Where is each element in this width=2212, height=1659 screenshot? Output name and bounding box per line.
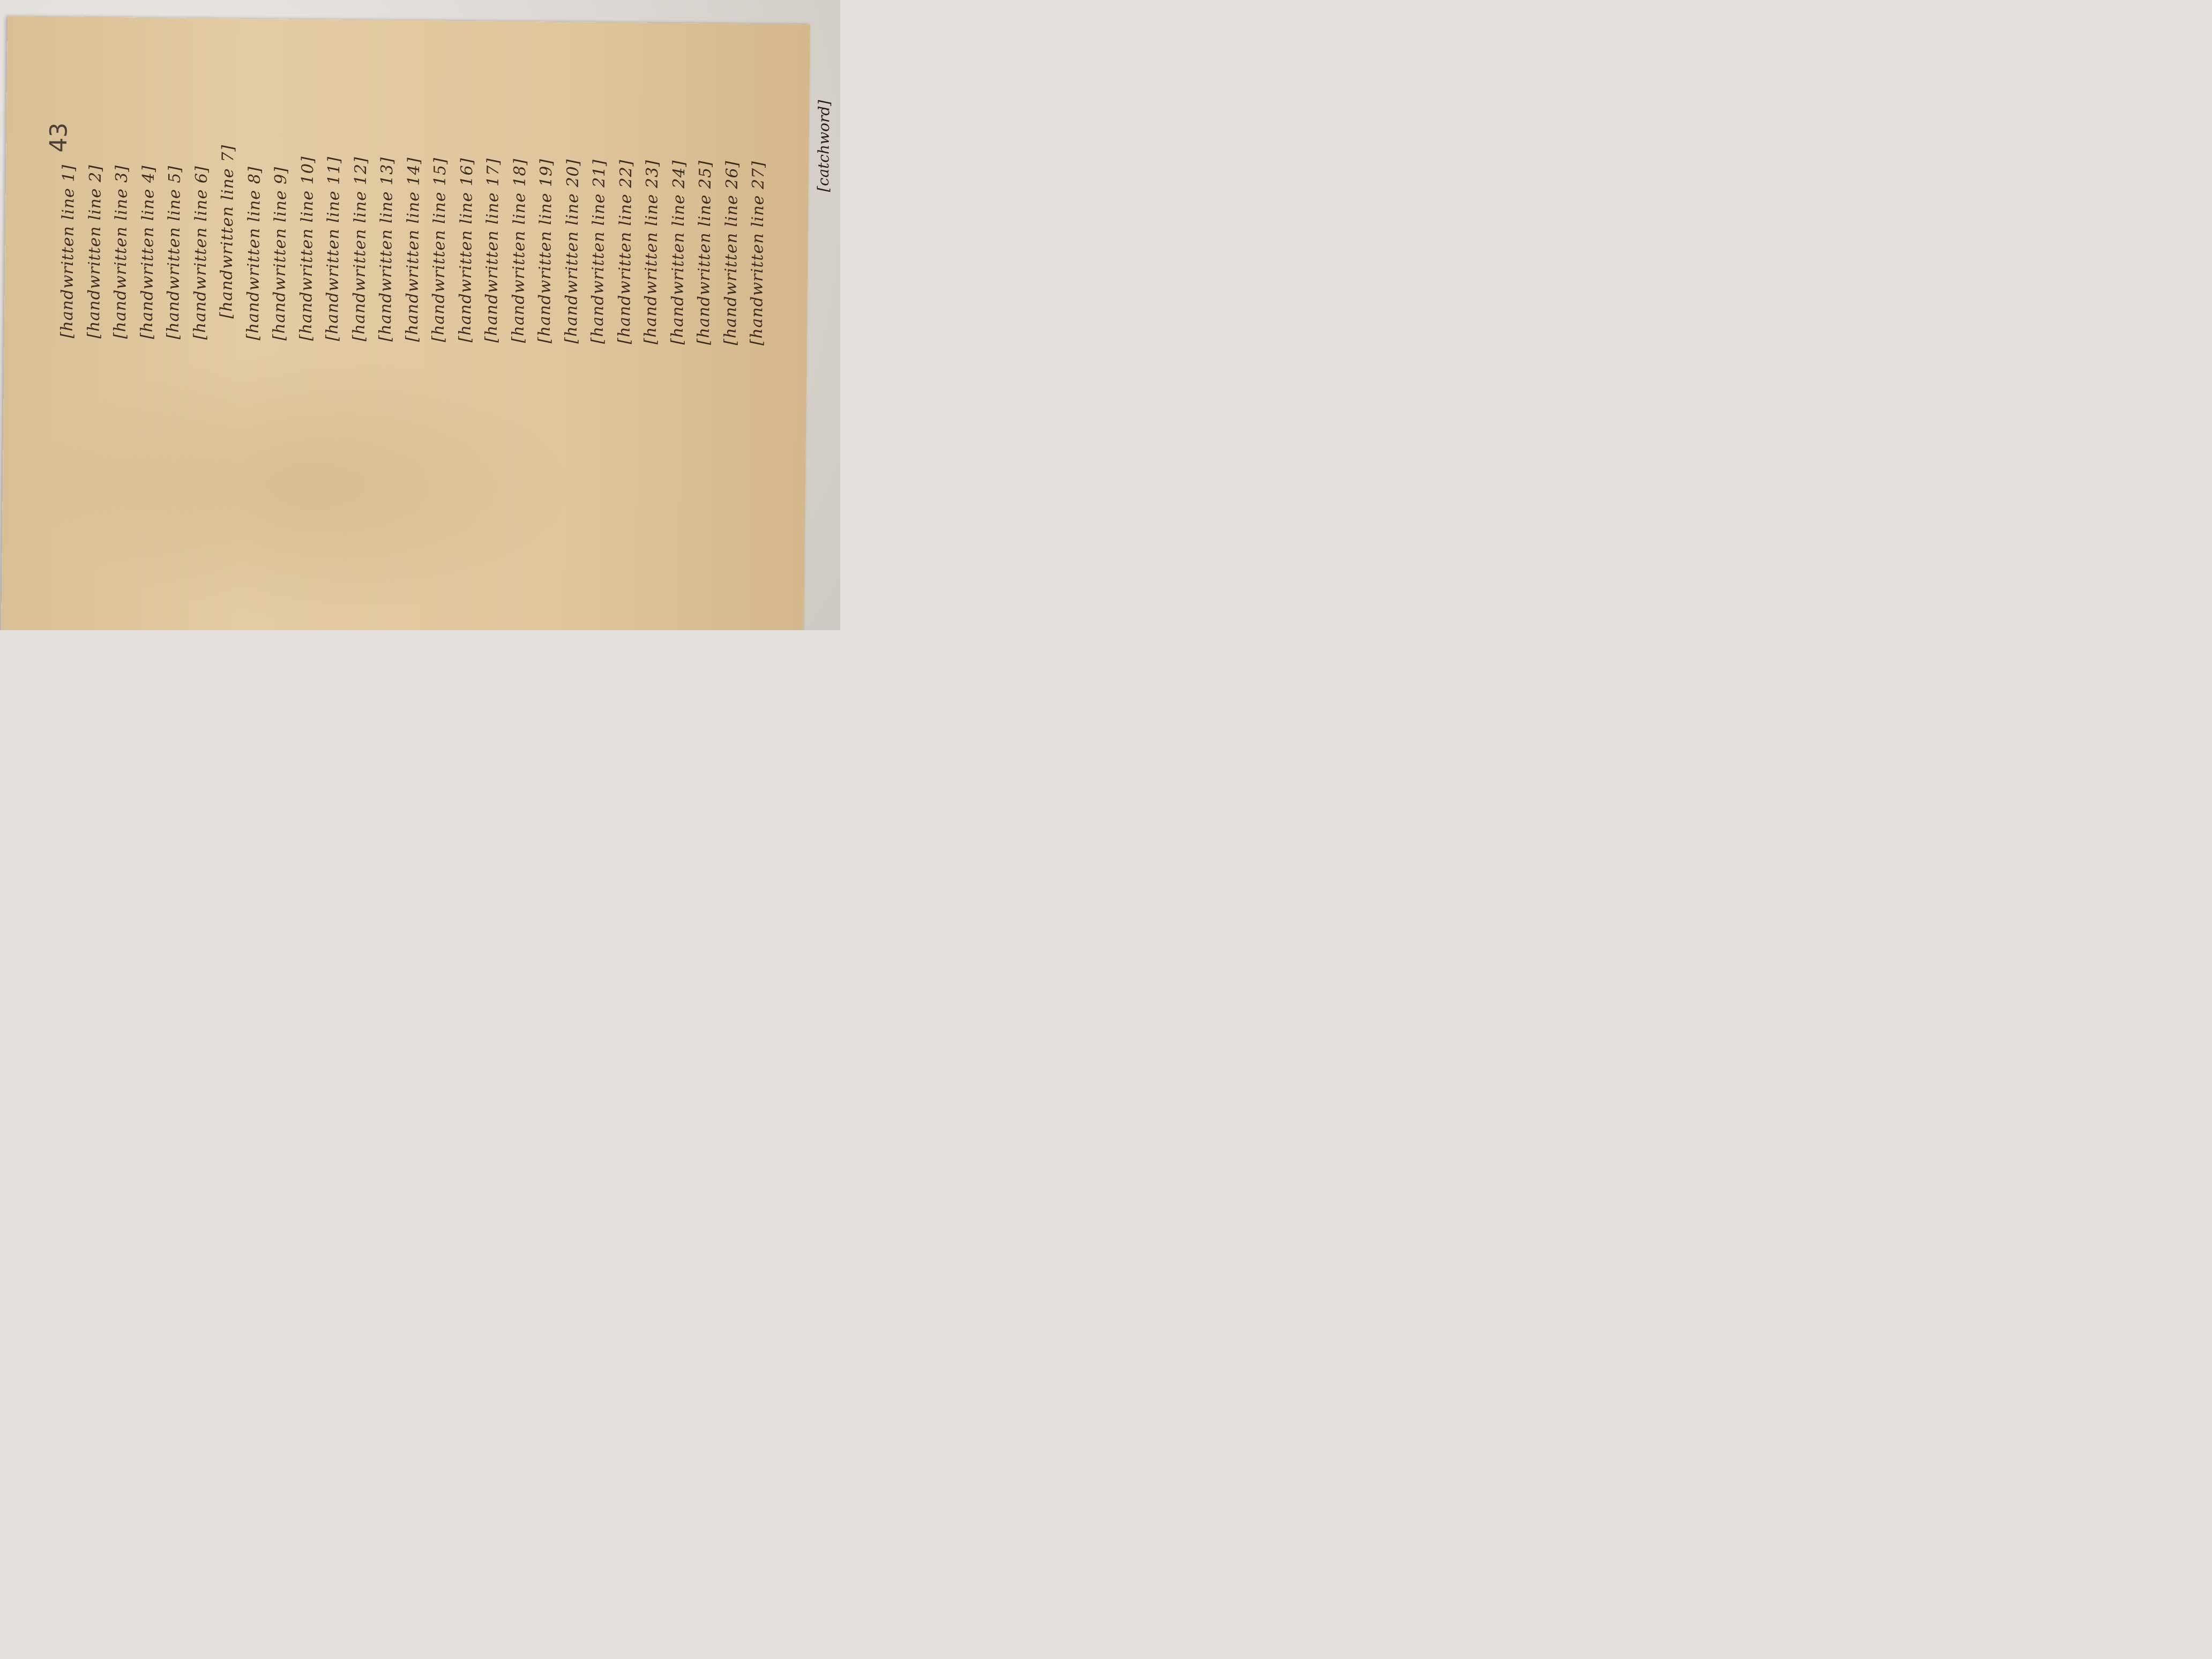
handwritten-line: [handwritten line 1] <box>58 165 78 339</box>
handwritten-line: [handwritten line 25] <box>694 160 715 345</box>
handwritten-line: [handwritten line 5] <box>164 166 184 340</box>
handwritten-line: [handwritten line 9] <box>270 167 290 341</box>
handwritten-line: [handwritten line 18] <box>509 158 529 343</box>
handwritten-line: [handwritten line 19] <box>535 159 556 343</box>
handwritten-line: [handwritten line 6] <box>190 166 211 340</box>
handwritten-line: [handwritten line 23] <box>641 160 662 345</box>
handwritten-line: [handwritten line 15] <box>429 158 450 342</box>
handwritten-line: [handwritten line 10] <box>296 156 317 341</box>
page-number: 43 <box>45 122 73 153</box>
handwritten-line: [handwritten line 3] <box>111 165 131 339</box>
catchword: [catchword] <box>814 100 833 192</box>
handwritten-line: [handwritten line 24] <box>668 160 689 345</box>
handwritten-line: [handwritten line 14] <box>402 157 423 342</box>
handwritten-line: [handwritten line 27] <box>748 161 768 346</box>
handwritten-line: [handwritten line 26] <box>721 161 742 346</box>
handwritten-line: [handwritten line 12] <box>349 156 370 341</box>
handwritten-line: [handwritten line 22] <box>615 159 636 344</box>
handwritten-line: [handwritten line 21] <box>588 159 609 344</box>
handwritten-line: [handwritten line 13] <box>376 157 397 342</box>
handwritten-line: [handwritten line 7] <box>217 145 237 319</box>
handwritten-line: [handwritten line 20] <box>562 159 582 343</box>
manuscript-page: 43 [handwritten line 1][handwritten line… <box>1 16 810 630</box>
handwritten-line: [handwritten line 11] <box>323 156 344 341</box>
handwritten-line: [handwritten line 2] <box>84 165 104 339</box>
handwritten-line: [handwritten line 17] <box>482 158 503 343</box>
handwritten-line: [handwritten line 16] <box>455 158 476 342</box>
handwritten-line: [handwritten line 8] <box>243 166 264 340</box>
handwritten-line: [handwritten line 4] <box>137 165 158 339</box>
